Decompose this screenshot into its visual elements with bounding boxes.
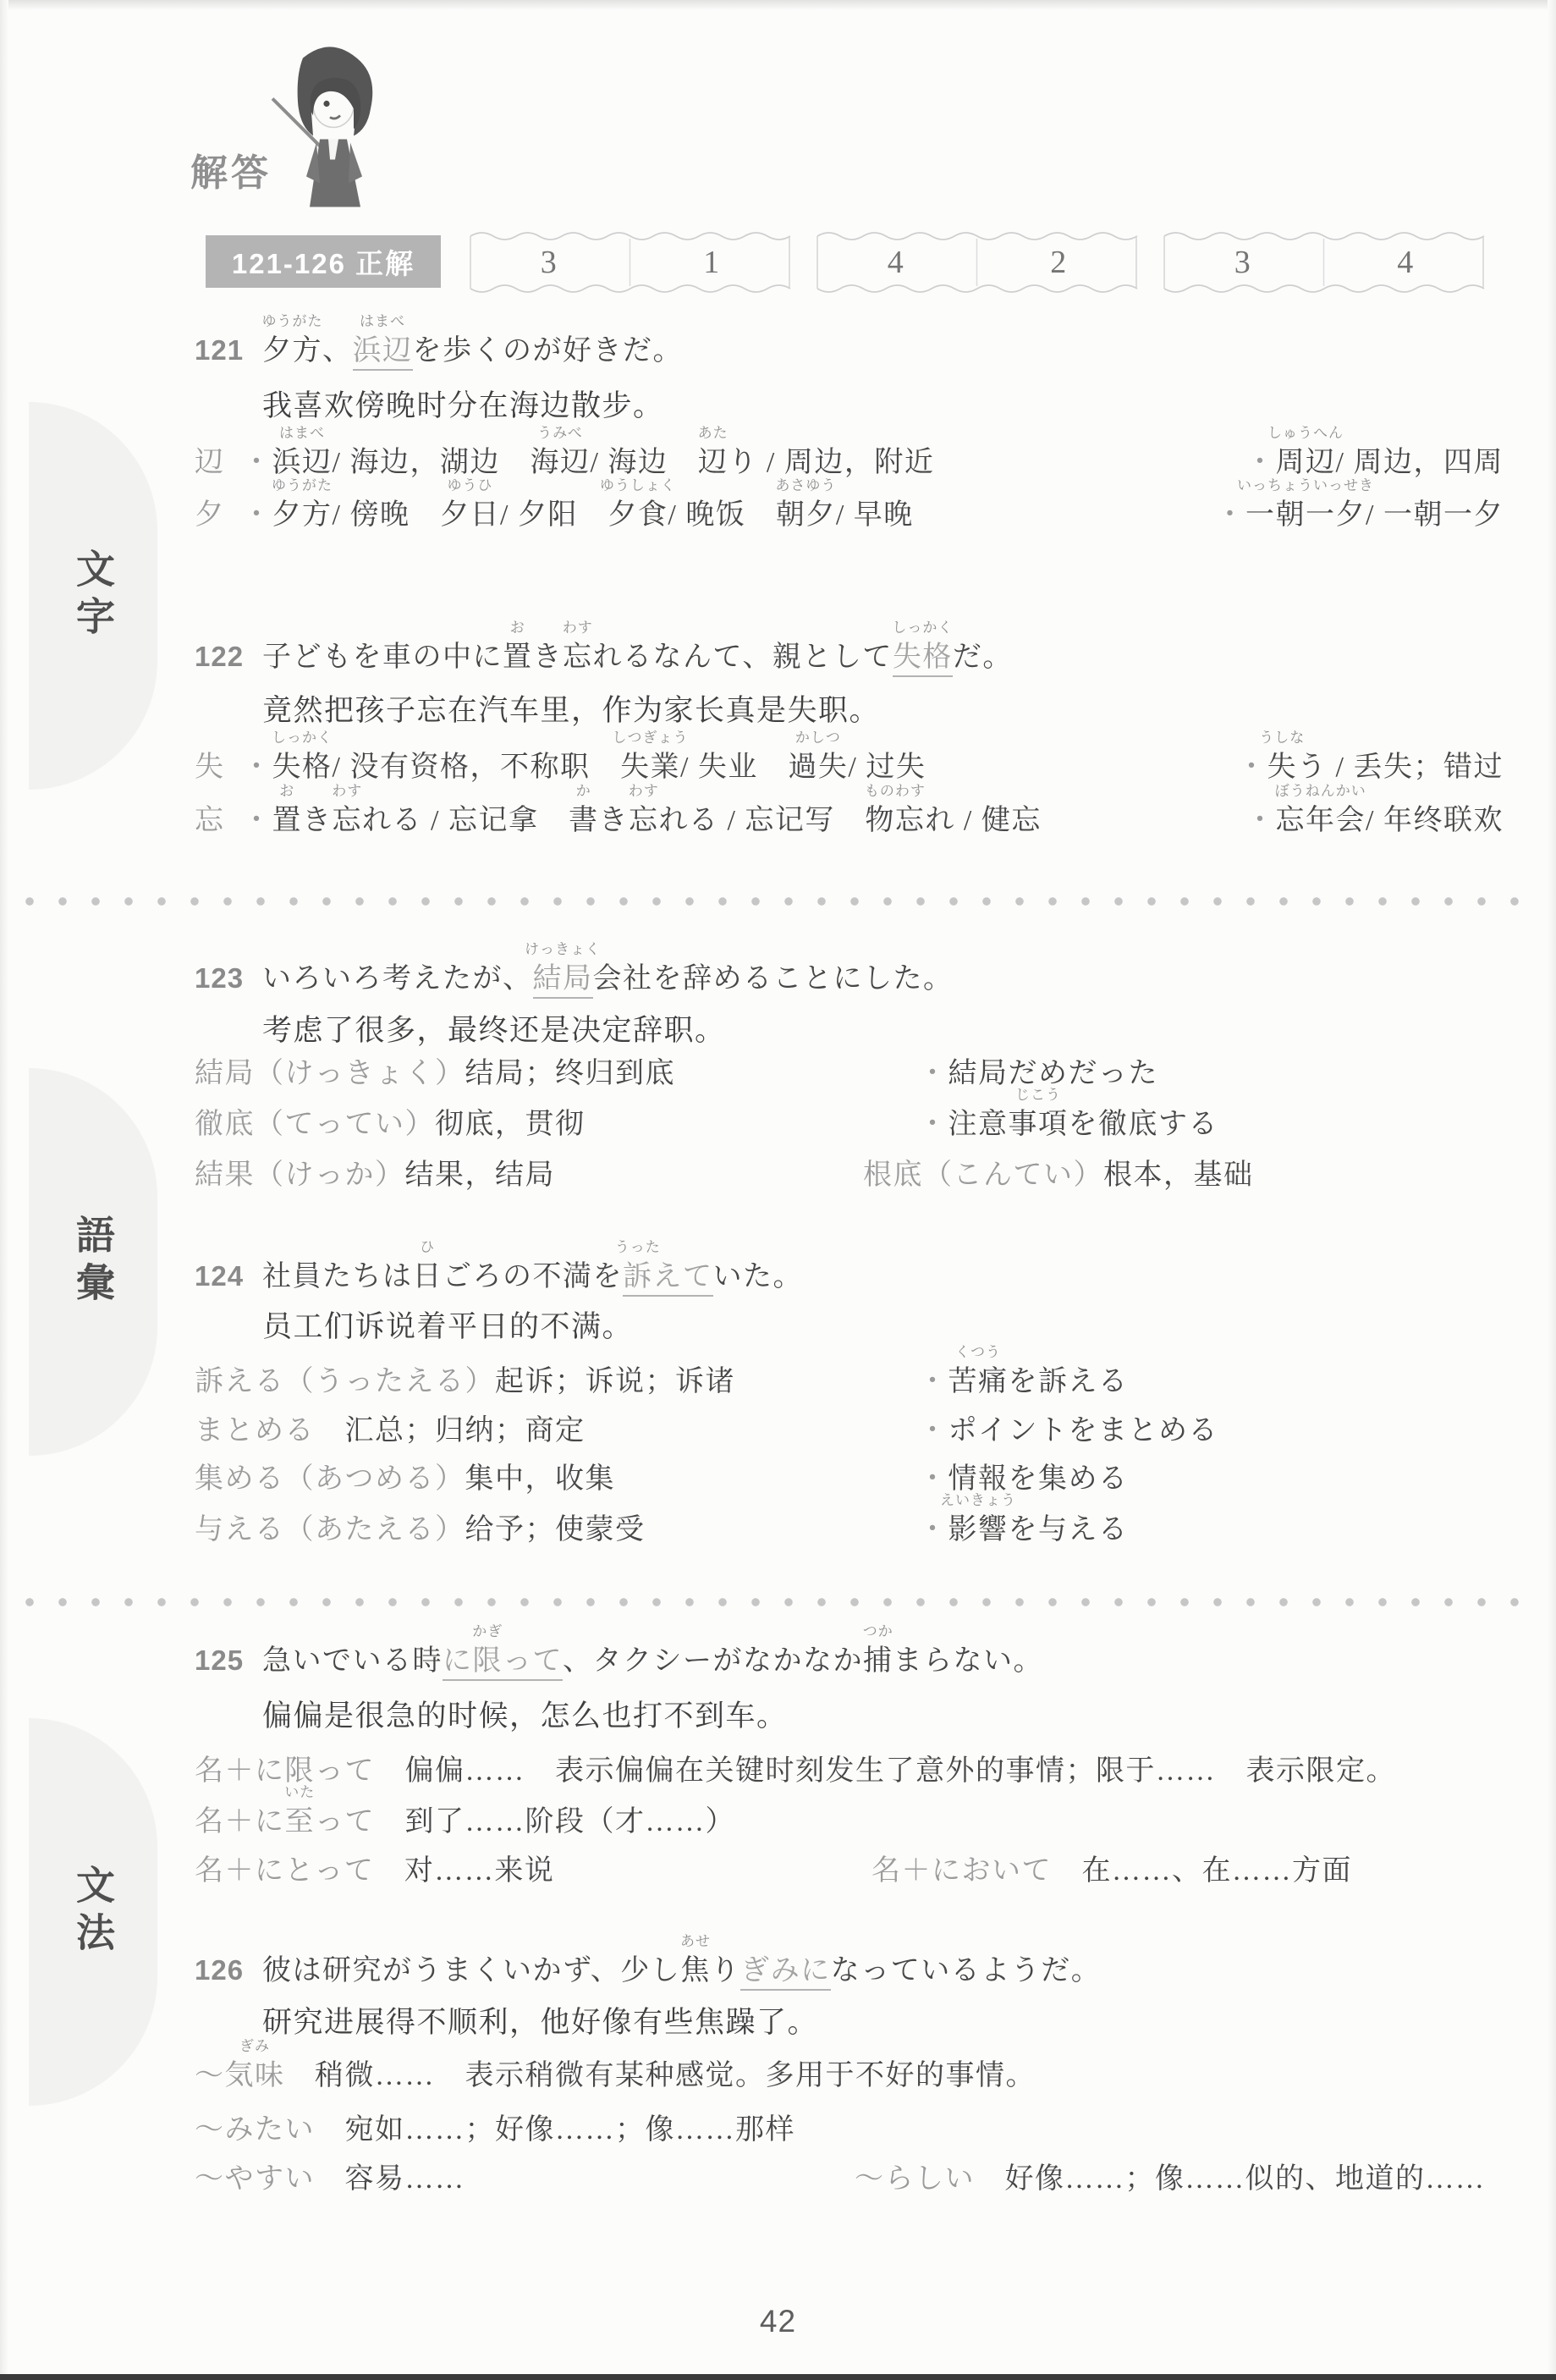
vocab-row: 集める（あつめる）集中，收集 ・情報を集める <box>195 1455 1504 1496</box>
tab-label: 語彙 <box>65 1215 121 1309</box>
grammar-row: 名＋に至いたって 到了……阶段（才……） <box>195 1798 1504 1839</box>
vocab-row: 結局（けっきょく）结局；终归到底 ・結局だめだった <box>195 1050 1504 1091</box>
question-number: 124 <box>195 1260 262 1292</box>
vocab-row: 訴える（うったえる）起诉；诉说；诉诸 ・苦痛くつうを訴える <box>195 1358 1504 1399</box>
vocab-row: 結果（けっか）结果，结局 根底（こんてい）根本，基础 <box>195 1151 1504 1193</box>
row-content: 結果（けっか）结果，结局 <box>195 1160 555 1191</box>
row-label: 忘 <box>195 796 242 838</box>
row-label: 夕 <box>195 491 242 532</box>
question-translation: 偏偏是很急的时候，怎么也打不到车。 <box>262 1693 1504 1735</box>
row-content: 訴える（うったえる）起诉；诉说；诉诸 <box>195 1366 735 1397</box>
row-content: 名＋に限って 偏偏…… 表示偏偏在关键时刻发生了意外的事情；限于…… 表示限定。 <box>195 1755 1396 1787</box>
row-content: ～やすい 容易…… <box>195 2163 465 2195</box>
row-content-right: 根底（こんてい）根本，基础 <box>863 1151 1254 1193</box>
row-content: ・夕方ゆうがた / 傍晚 夕日ゆうひ / 夕阳 夕食ゆうしょく / 晚饭 朝夕あ… <box>242 499 914 531</box>
tab-moji: 文字 <box>29 402 157 790</box>
grammar-row: ～やすい 容易…… ～らしい 好像……；像……似的、地道的…… <box>195 2155 1504 2196</box>
question-number: 122 <box>195 641 262 673</box>
question-sentence: 社員たちは日ひごろの不満を訴うったえていた。 <box>262 1261 803 1292</box>
row-content: 名＋に至いたって 到了……阶段（才……） <box>195 1806 735 1837</box>
question-number: 121 <box>195 334 262 366</box>
answer-box: 3 1 <box>467 229 793 296</box>
question-translation: 研究进展得不顺利，他好像有些焦躁了。 <box>262 1999 1504 2041</box>
row-content: 結局（けっきょく）结局；终归到底 <box>195 1058 675 1089</box>
question-translation: 员工们诉说着平日的不满。 <box>262 1303 1504 1346</box>
page-number: 42 <box>0 2304 1556 2339</box>
answer-value: 4 <box>1324 229 1487 296</box>
question-translation: 竟然把孩子忘在汽车里，作为家长真是失职。 <box>262 687 1504 730</box>
row-content: 名＋にとって 对……来说 <box>195 1855 554 1887</box>
question-translation: 考虑了很多，最终还是决定辞职。 <box>262 1007 1504 1050</box>
page-edge-bottom <box>0 2374 1556 2380</box>
grammar-row: 名＋にとって 对……来说 名＋において 在……、在……方面 <box>195 1847 1504 1888</box>
row-content-right: ・忘年会ぼうねんかい / 年终联欢 <box>1245 796 1504 838</box>
answer-value: 1 <box>630 229 794 296</box>
row-content-right: ・ポイントをまとめる <box>918 1407 1218 1448</box>
row-content-right: ・苦痛くつうを訴える <box>918 1358 1129 1399</box>
row-content: まとめる 汇总；归纳；商定 <box>195 1415 586 1446</box>
row-content-right: 名＋において 在……、在……方面 <box>871 1847 1352 1888</box>
row-content: ・置おき忘わすれる / 忘记拿 書かき忘わすれる / 忘记写 物忘ものわすれ /… <box>242 805 1042 836</box>
mascot-illustration <box>256 41 408 218</box>
row-content: 集める（あつめる）集中，收集 <box>195 1463 615 1495</box>
row-content: 徹底（てってい）彻底，贯彻 <box>195 1109 586 1140</box>
answer-value: 3 <box>467 229 630 296</box>
section-divider <box>24 895 1532 907</box>
tab-bunpou: 文法 <box>29 1718 157 2106</box>
question-sentence: 夕方ゆうがた、浜辺はまべを歩くのが好きだ。 <box>262 335 683 366</box>
question-sentence: いろいろ考えたが、結局けっきょく会社を辞めることにした。 <box>262 963 954 994</box>
row-content-right: ・影響えいきょうを与える <box>918 1506 1129 1547</box>
page-edge-right <box>1548 0 1556 2380</box>
row-content: ～気味ぎみ 稍微…… 表示稍微有某种感觉。多用于不好的事情。 <box>195 2060 1036 2091</box>
grammar-row: ～みたい 宛如……；好像……；像……那样 <box>195 2106 1504 2147</box>
answer-range-badge: 121-126 正解 <box>206 235 441 288</box>
row-label: 失 <box>195 743 242 785</box>
question-number: 123 <box>195 962 262 994</box>
question-number: 126 <box>195 1954 262 1986</box>
answer-value: 4 <box>814 229 977 296</box>
vocab-row: 夕・夕方ゆうがた / 傍晚 夕日ゆうひ / 夕阳 夕食ゆうしょく / 晚饭 朝夕… <box>195 491 1504 532</box>
row-content: ～みたい 宛如……；好像……；像……那样 <box>195 2114 795 2146</box>
row-content-right: ・注意事項じこうを徹底する <box>918 1100 1218 1142</box>
tab-label: 文字 <box>65 548 121 643</box>
page: 解答 121-126 正解 3 1 4 2 <box>0 0 1556 2380</box>
question-number: 125 <box>195 1645 262 1677</box>
answer-value: 3 <box>1161 229 1324 296</box>
page-title: 解答 <box>190 142 272 196</box>
vocab-row: 忘・置おき忘わすれる / 忘记拿 書かき忘わすれる / 忘记写 物忘ものわすれ … <box>195 796 1504 838</box>
vocab-row: 徹底（てってい）彻底，贯彻 ・注意事項じこうを徹底する <box>195 1100 1504 1142</box>
grammar-row: ～気味ぎみ 稍微…… 表示稍微有某种感觉。多用于不好的事情。 <box>195 2052 1504 2093</box>
section-divider <box>24 1596 1532 1608</box>
page-edge-top <box>0 0 1556 10</box>
tab-goi: 語彙 <box>29 1068 157 1456</box>
grammar-row: 名＋に限って 偏偏…… 表示偏偏在关键时刻发生了意外的事情；限于…… 表示限定。 <box>195 1747 1504 1788</box>
row-content: 与える（あたえる）给予；使蒙受 <box>195 1514 646 1545</box>
question-sentence: 子どもを車の中に置おき忘わすれるなんて、親として失格しっかくだ。 <box>262 642 1013 673</box>
answer-value: 2 <box>977 229 1141 296</box>
answer-box: 4 2 <box>814 229 1140 296</box>
question-sentence: 急いでいる時に限かぎって、タクシーがなかなか捕つかまらない。 <box>262 1645 1043 1677</box>
answer-box: 3 4 <box>1161 229 1487 296</box>
question-translation: 我喜欢傍晚时分在海边散步。 <box>262 383 1504 425</box>
row-content-right: ・一朝一夕いっちょういっせき / 一朝一夕 <box>1216 491 1504 532</box>
page-edge-left <box>0 0 8 2380</box>
vocab-row: 与える（あたえる）给予；使蒙受 ・影響えいきょうを与える <box>195 1506 1504 1547</box>
tab-label: 文法 <box>65 1865 121 1959</box>
row-label: 辺 <box>195 438 242 480</box>
question-sentence: 彼は研究がうまくいかず、少し焦あせりぎみになっているようだ。 <box>262 1955 1101 1986</box>
vocab-row: まとめる 汇总；归纳；商定 ・ポイントをまとめる <box>195 1407 1504 1448</box>
row-content-right: ～らしい 好像……；像……似的、地道的…… <box>855 2155 1486 2196</box>
